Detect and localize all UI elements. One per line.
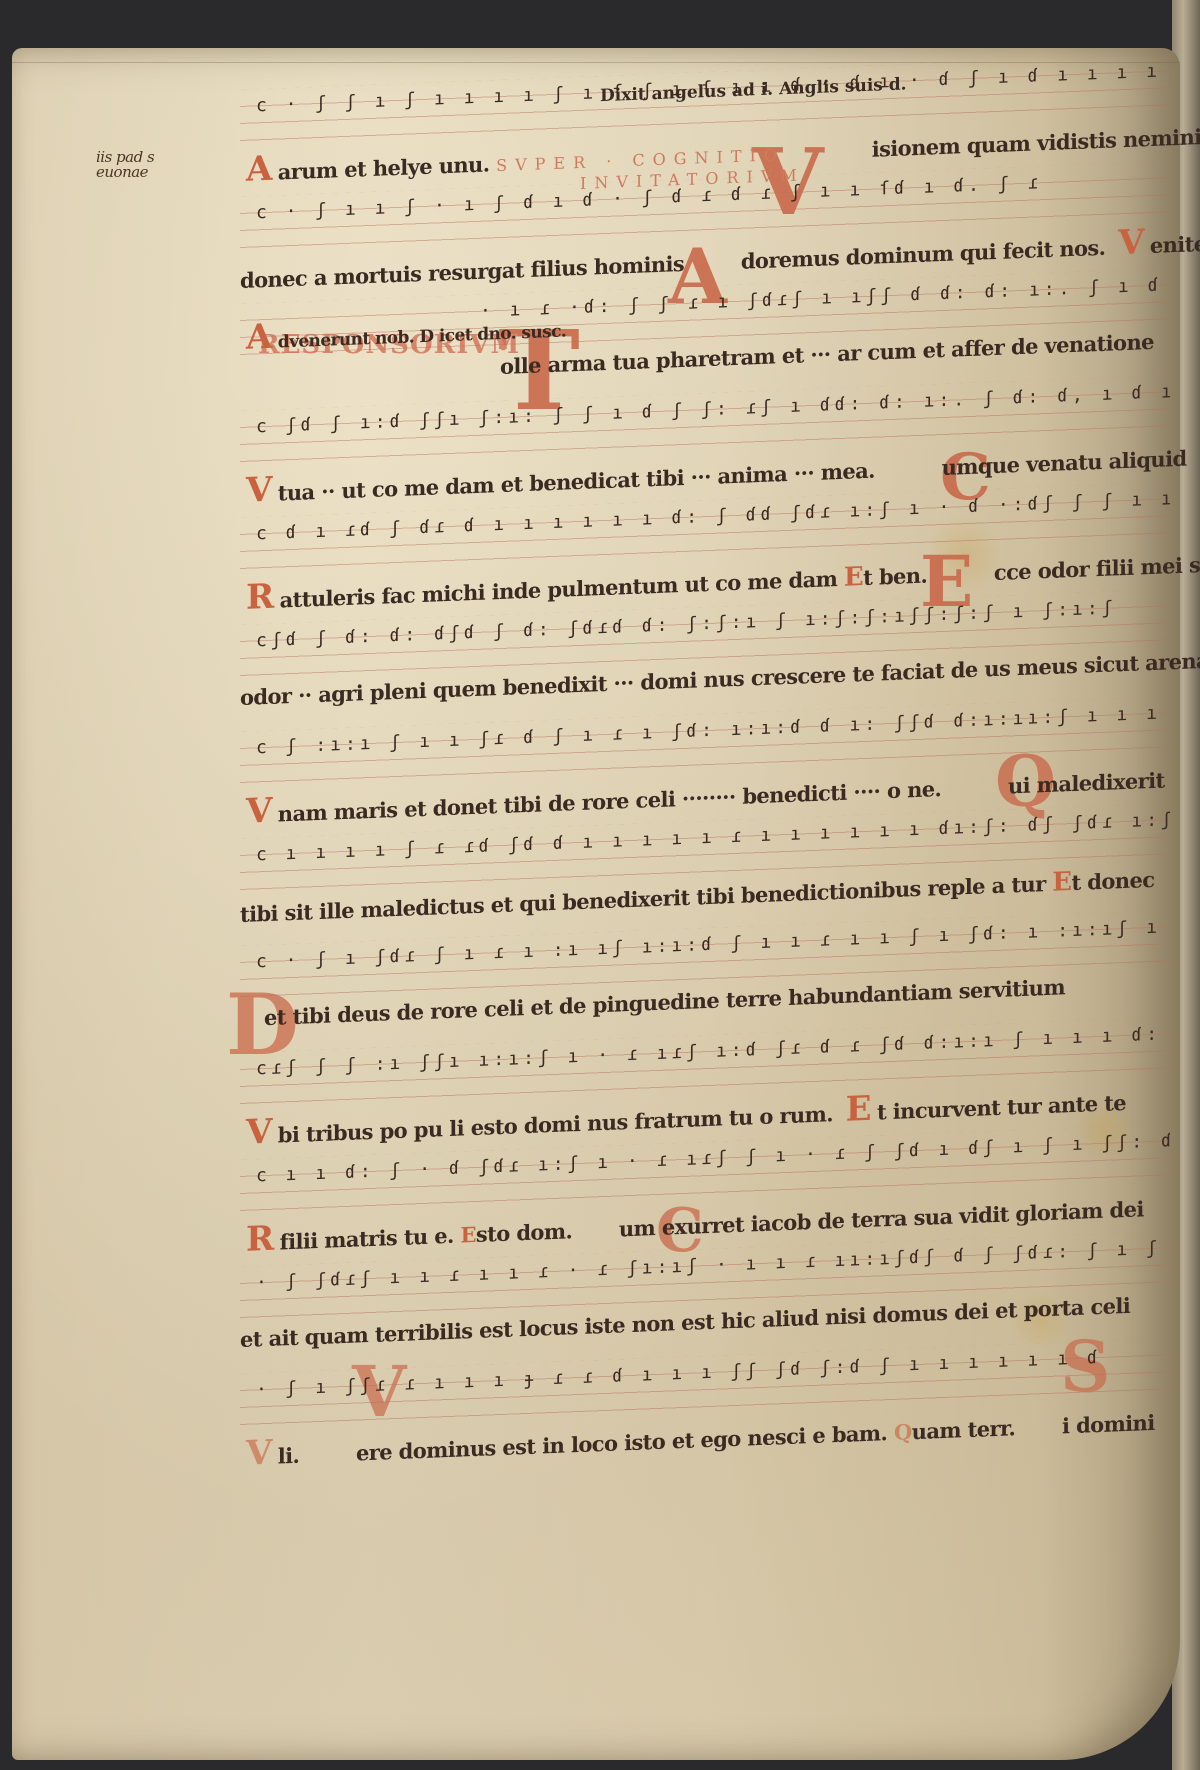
initial-letter: V	[246, 470, 272, 511]
initial-letter: A	[246, 317, 272, 358]
chant-text: t donec	[1072, 867, 1155, 895]
chant-text: t ben.	[863, 563, 927, 590]
chant-text: t incurvent tur ante te	[877, 1090, 1126, 1125]
chant-text: cce odor filii mei sicut	[994, 550, 1200, 585]
chant-text: umque venatu aliquid	[942, 446, 1187, 480]
initial-letter: A	[246, 149, 272, 190]
chant-text: enite	[1150, 231, 1200, 258]
chant-text: filii matris tu e.	[280, 1223, 454, 1255]
chant-text: li.	[278, 1442, 306, 1468]
chant-text: dvenerunt nob. D icet dno. susc.	[278, 321, 566, 352]
initial-letter: E	[1052, 867, 1071, 898]
chant-text-block: c · ʃ ʃ ı ʃ ı ı ı ı ʃ ı ſ ʃ ı ſ ı ı ɗ · …	[240, 50, 1170, 1477]
initial-letter: E	[460, 1222, 475, 1248]
initial-letter: Q	[894, 1419, 912, 1445]
initial-letter: E	[846, 1089, 871, 1130]
initial-letter: V	[246, 791, 272, 832]
initial-letter: V	[246, 1112, 272, 1153]
initial-letter: V	[1118, 222, 1144, 263]
chant-text: sto dom.	[476, 1218, 572, 1247]
margin-note: iis pad s euonae	[96, 150, 154, 180]
initial-letter: R	[246, 577, 274, 618]
chant-text: ui maledixerit	[1008, 767, 1165, 798]
chant-text: isionem quam vidistis nemini dixeritis	[872, 120, 1200, 161]
chant-text: arum et helye unu.	[278, 151, 490, 184]
chant-text: uam terr.	[912, 1415, 1016, 1444]
initial-letter: V	[246, 1433, 272, 1474]
initial-letter: R	[246, 1219, 274, 1260]
margin-note-line: euonae	[96, 165, 154, 180]
chant-text: i domini	[1062, 1410, 1155, 1439]
initial-letter: E	[844, 562, 863, 593]
